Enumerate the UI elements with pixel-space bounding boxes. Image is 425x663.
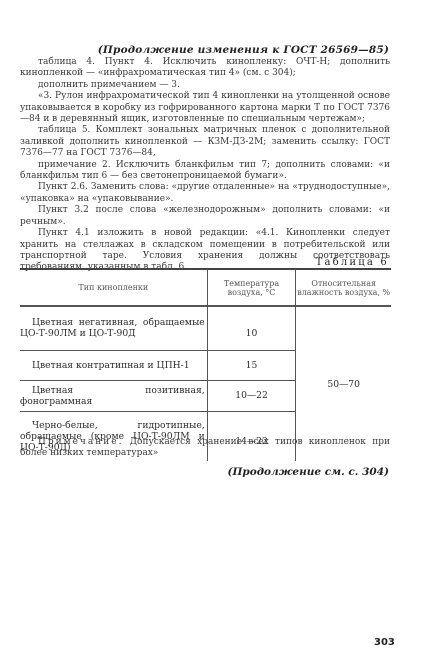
page-number: 303 <box>374 637 395 648</box>
continuation-header: (Продолжение изменения к ГОСТ 26569—85) <box>98 44 389 56</box>
note-lead: Примечание. <box>38 437 123 447</box>
continuation-footer: (Продолжение см. с. 304) <box>227 466 389 478</box>
temperature-cell: 10 <box>246 318 258 339</box>
paragraph-item-2-6: Пункт 2.6. Заменить слова: «другие отдал… <box>20 182 390 205</box>
paragraph-add-note: дополнить примечанием — 3. <box>20 80 390 91</box>
column-header-film-type: Тип кинопленки <box>20 269 207 306</box>
document-page: (Продолжение изменения к ГОСТ 26569—85) … <box>0 0 425 663</box>
storage-conditions-table: Тип кинопленки Температура воздуха, °С О… <box>20 268 391 461</box>
column-header-humidity: Относительная влажность воздуха, % <box>296 269 391 306</box>
paragraph-table5: таблица 5. Комплект зональных матричных … <box>20 125 390 159</box>
film-type-cell: Цветная негативная, обращаемые ЦО-Т-90ЛМ… <box>20 317 207 339</box>
paragraph-note2: примечание 2. Исключить бланкфильм тип 7… <box>20 160 390 183</box>
table-row: Цветная негативная, обращаемые ЦО-Т-90ЛМ… <box>20 306 391 350</box>
paragraph-note3: «3. Рулон инфрахроматической тип 4 киноп… <box>20 91 390 125</box>
table-header-row: Тип кинопленки Температура воздуха, °С О… <box>20 269 391 306</box>
temperature-cell: 10—22 <box>207 380 296 411</box>
table-title: Таблица 6 <box>316 257 389 268</box>
column-header-temperature: Температура воздуха, °С <box>207 269 296 306</box>
paragraph-item-3-2: Пункт 3.2 после слова «железнодорожным» … <box>20 205 390 228</box>
table-note: Примечание. Допускается хранение всех ти… <box>20 437 390 460</box>
paragraph-table4: таблица 4. Пункт 4. Исключить кинопленку… <box>20 57 390 80</box>
temperature-cell: 15 <box>207 350 296 380</box>
film-type-cell: Цветная контратипная и ЦПН-1 <box>20 360 207 371</box>
amendment-text: таблица 4. Пункт 4. Исключить кинопленку… <box>20 57 390 274</box>
film-type-cell: Цветная позитивная, фонограммная <box>20 385 207 407</box>
